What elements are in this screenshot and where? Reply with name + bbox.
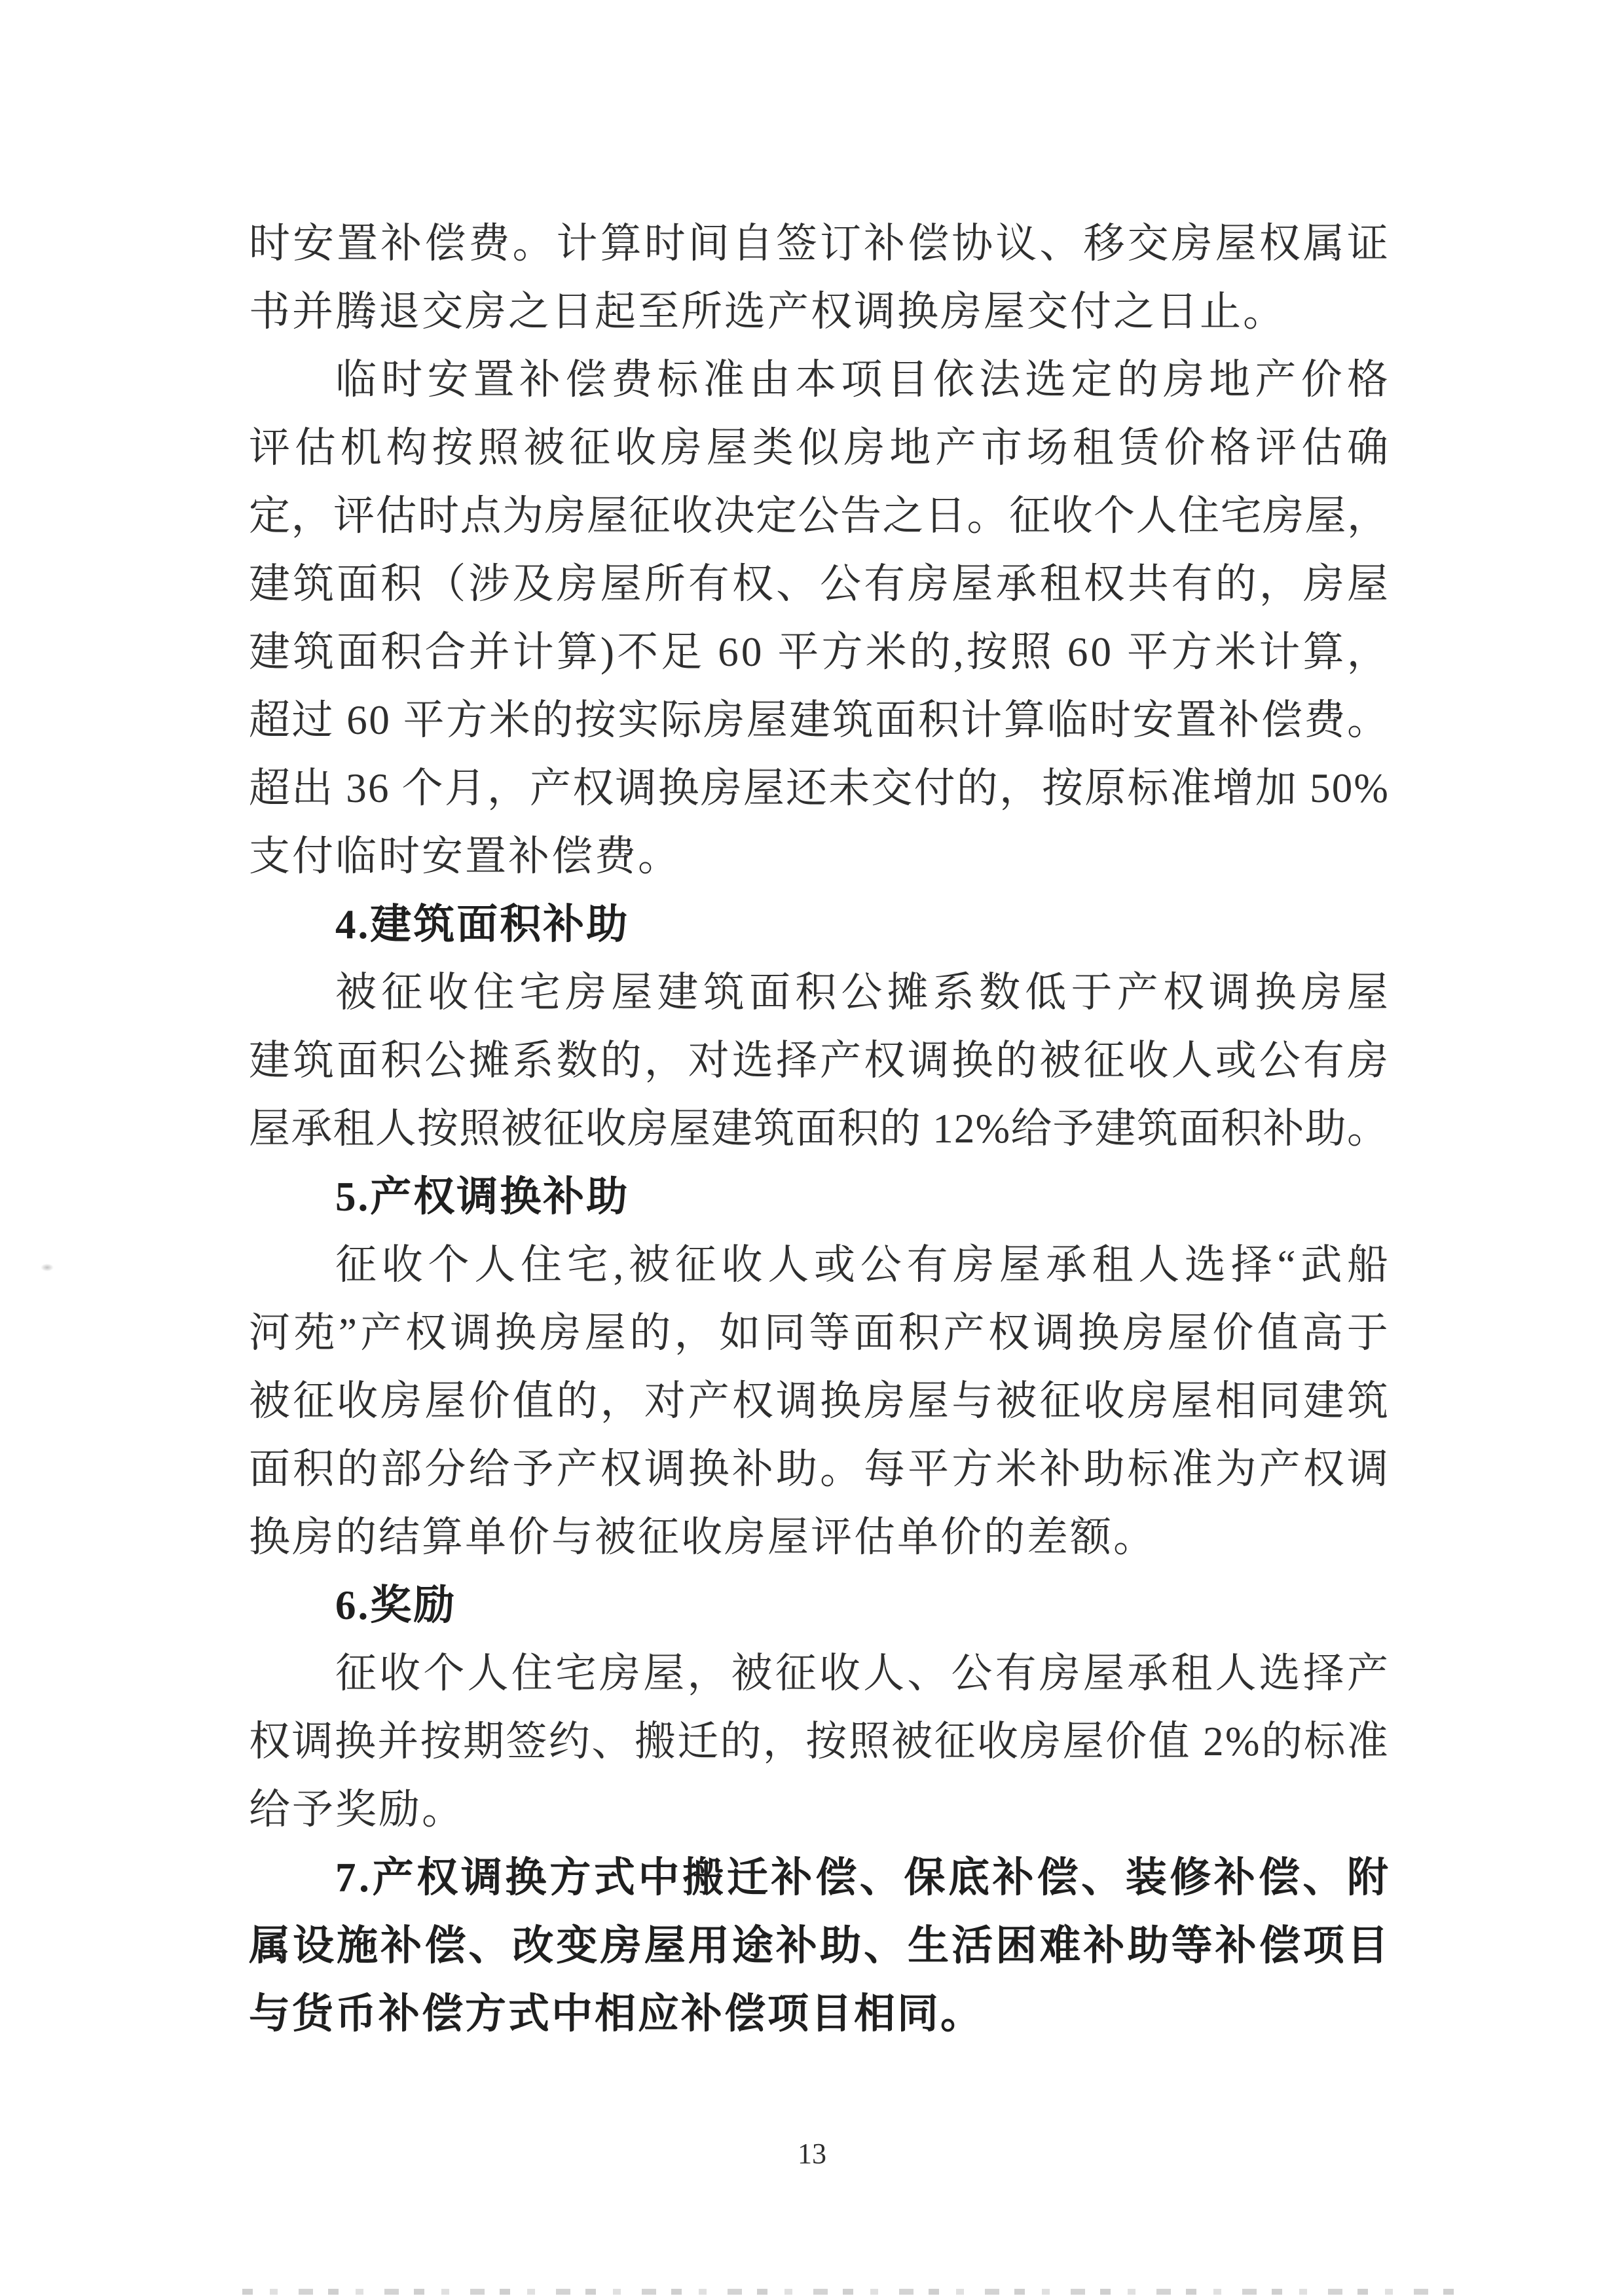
- text-line: 超过 60 平方米的按实际房屋建筑面积计算临时安置补偿费。: [249, 686, 1388, 754]
- text-line: 给予奖励。: [249, 1776, 1388, 1844]
- document-page: 时安置补偿费。计算时间自签订补偿协议、移交房屋权属证书并腾退交房之日起至所选产权…: [0, 0, 1624, 2296]
- text-line: 定，评估时点为房屋征收决定公告之日。征收个人住宅房屋，: [249, 482, 1388, 550]
- text-line: 时安置补偿费。计算时间自签订补偿协议、移交房屋权属证: [249, 210, 1388, 278]
- text-line: 河苑”产权调换房屋的，如同等面积产权调换房屋价值高于: [249, 1299, 1388, 1367]
- text-line: 屋承租人按照被征收房屋建筑面积的 12%给予建筑面积补助。: [249, 1095, 1388, 1163]
- text-line: 建筑面积合并计算)不足 60 平方米的,按照 60 平方米计算，: [249, 618, 1388, 686]
- text-line: 被征收住宅房屋建筑面积公摊系数低于产权调换房屋: [249, 958, 1388, 1027]
- section-heading: 5.产权调换补助: [249, 1163, 1388, 1231]
- text-line: 临时安置补偿费标准由本项目依法选定的房地产价格: [249, 346, 1388, 414]
- text-line: 被征收房屋价值的，对产权调换房屋与被征收房屋相同建筑: [249, 1367, 1388, 1435]
- text-line: 征收个人住宅,被征收人或公有房屋承租人选择“武船: [249, 1231, 1388, 1299]
- section-heading: 6.奖励: [249, 1571, 1388, 1639]
- text-line: 换房的结算单价与被征收房屋评估单价的差额。: [249, 1503, 1388, 1571]
- text-line: 征收个人住宅房屋，被征收人、公有房屋承租人选择产: [249, 1639, 1388, 1707]
- text-line: 与货币补偿方式中相应补偿项目相同。: [249, 1980, 1388, 2048]
- section-heading: 4.建筑面积补助: [249, 890, 1388, 958]
- text-line: 书并腾退交房之日起至所选产权调换房屋交付之日止。: [249, 278, 1388, 346]
- text-line: 面积的部分给予产权调换补助。每平方米补助标准为产权调: [249, 1435, 1388, 1503]
- scan-speck: [41, 1264, 54, 1271]
- text-line: 支付临时安置补偿费。: [249, 822, 1388, 890]
- text-line: 属设施补偿、改变房屋用途补助、生活困难补助等补偿项目: [249, 1912, 1388, 1980]
- text-block: 时安置补偿费。计算时间自签订补偿协议、移交房屋权属证书并腾退交房之日起至所选产权…: [249, 210, 1388, 2048]
- text-line: 7.产权调换方式中搬迁补偿、保底补偿、装修补偿、附: [249, 1844, 1388, 1912]
- text-line: 评估机构按照被征收房屋类似房地产市场租赁价格评估确: [249, 414, 1388, 482]
- bleed-through-strip: [242, 2289, 1460, 2295]
- text-line: 权调换并按期签约、搬迁的，按照被征收房屋价值 2%的标准: [249, 1707, 1388, 1776]
- text-line: 建筑面积（涉及房屋所有权、公有房屋承租权共有的，房屋: [249, 550, 1388, 618]
- text-line: 超出 36 个月，产权调换房屋还未交付的，按原标准增加 50%: [249, 754, 1388, 822]
- page-number: 13: [0, 2136, 1624, 2172]
- text-line: 建筑面积公摊系数的，对选择产权调换的被征收人或公有房: [249, 1027, 1388, 1095]
